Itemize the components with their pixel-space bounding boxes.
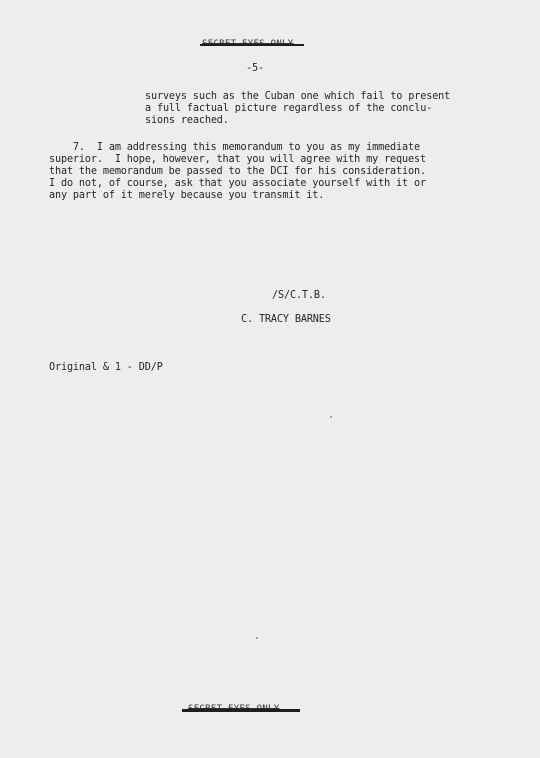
paragraph-7-line: 7. I am addressing this memorandum to yo… <box>49 142 420 154</box>
redaction-strike-bottom <box>182 709 300 712</box>
continued-paragraph-line: surveys such as the Cuban one which fail… <box>145 91 450 103</box>
paragraph-7-line: superior. I hope, however, that you will… <box>49 154 426 166</box>
paper-speck <box>256 637 258 639</box>
signature: /S/C.T.B. <box>272 290 326 302</box>
page-number: -5- <box>246 63 264 75</box>
paragraph-7-line: any part of it merely because you transm… <box>49 190 324 202</box>
paragraph-7-line: that the memorandum be passed to the DCI… <box>49 166 426 178</box>
continued-paragraph-line: sions reached. <box>145 115 229 127</box>
redaction-strike-top <box>200 44 304 46</box>
signatory-name: C. TRACY BARNES <box>241 314 331 326</box>
distribution-note: Original & 1 - DD/P <box>49 362 163 374</box>
paper-speck <box>330 416 332 418</box>
continued-paragraph-line: a full factual picture regardless of the… <box>145 103 432 115</box>
paragraph-7-line: I do not, of course, ask that you associ… <box>49 178 426 190</box>
document-page: SECRET EYES ONLY -5- surveys such as the… <box>0 0 540 758</box>
